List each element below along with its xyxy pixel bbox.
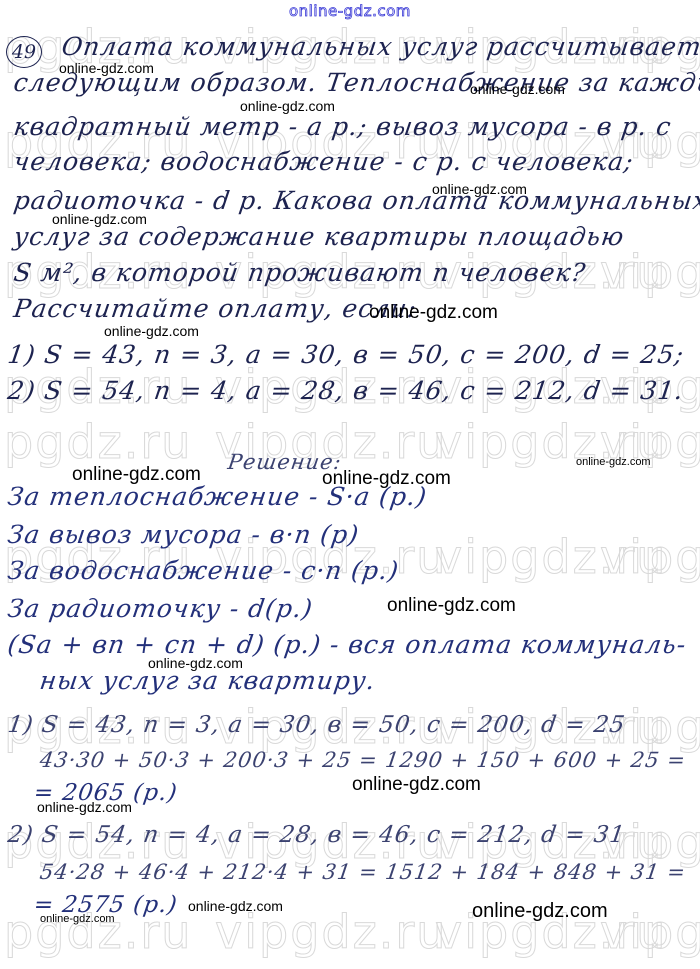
watermark-vipgdz: vipgdz.ru bbox=[435, 530, 667, 584]
watermark-online-gdz: online-gdz.com bbox=[59, 60, 154, 76]
solution-line: (Sa + вn + cn + d) (р.) - вся оплата ком… bbox=[6, 630, 689, 659]
watermark-online-gdz: online-gdz.com bbox=[72, 464, 201, 486]
watermark-online-gdz: online-gdz.com bbox=[104, 323, 199, 339]
statement-line: человека; водоснабжение - с р. с человек… bbox=[12, 147, 636, 176]
watermark-vipgdz: vipgdz.ru bbox=[600, 530, 700, 584]
site-link[interactable]: online-gdz.com bbox=[289, 2, 411, 20]
watermark-online-gdz: online-gdz.com bbox=[188, 898, 283, 914]
watermark-online-gdz: online-gdz.com bbox=[472, 900, 608, 923]
statement-line: Оплата коммунальных услуг рассчитывается bbox=[60, 32, 700, 61]
statement-line: S м², в которой проживают n человек? bbox=[12, 258, 588, 287]
solution-line: За вывоз мусора - в·n (р) bbox=[6, 520, 361, 549]
watermark-online-gdz: online-gdz.com bbox=[387, 595, 516, 617]
watermark-online-gdz: online-gdz.com bbox=[148, 655, 243, 671]
case2-given: 2) S = 54, n = 4, a = 28, в = 46, c = 21… bbox=[6, 822, 627, 848]
solution-line: За водоснабжение - c·n (р.) bbox=[6, 556, 401, 585]
statement-line: квадратный метр - a р.; вывоз мусора - в… bbox=[12, 112, 674, 141]
watermark-online-gdz: online-gdz.com bbox=[52, 211, 147, 227]
given-case-1: 1) S = 43, n = 3, a = 30, в = 50, c = 20… bbox=[6, 340, 686, 369]
solution-line: За радиоточку - d(р.) bbox=[6, 594, 315, 623]
watermark-online-gdz: online-gdz.com bbox=[576, 456, 651, 468]
watermark-vipgdz: vipgdz.ru bbox=[0, 415, 192, 469]
case2-calc: 54·28 + 46·4 + 212·4 + 31 = 1512 + 184 +… bbox=[38, 860, 687, 884]
case1-calc: 43·30 + 50·3 + 200·3 + 25 = 1290 + 150 +… bbox=[38, 748, 687, 772]
statement-line: Рассчитайте оплату, если: bbox=[12, 294, 419, 323]
watermark-online-gdz: online-gdz.com bbox=[37, 799, 132, 815]
watermark-vipgdz: vipgdz.ru bbox=[600, 245, 700, 299]
watermark-online-gdz: online-gdz.com bbox=[40, 913, 115, 925]
watermark-online-gdz: online-gdz.com bbox=[240, 98, 335, 114]
watermark-online-gdz: online-gdz.com bbox=[352, 774, 481, 796]
watermark-online-gdz: online-gdz.com bbox=[470, 81, 565, 97]
watermark-vipgdz: vipgdz.ru bbox=[600, 905, 700, 959]
case1-given: 1) S = 43, n = 3, a = 30, в = 50, c = 20… bbox=[6, 712, 627, 738]
watermark-online-gdz: online-gdz.com bbox=[369, 302, 498, 324]
watermark-online-gdz: online-gdz.com bbox=[322, 468, 451, 490]
watermark-online-gdz: online-gdz.com bbox=[432, 181, 527, 197]
given-case-2: 2) S = 54, n = 4, a = 28, в = 46, c = 21… bbox=[6, 376, 686, 405]
problem-number: 49 bbox=[6, 36, 42, 68]
scanned-homework-page: vipgdz.ru vipgdz.ru vipgdz.ru vipgdz.ru … bbox=[0, 0, 700, 969]
